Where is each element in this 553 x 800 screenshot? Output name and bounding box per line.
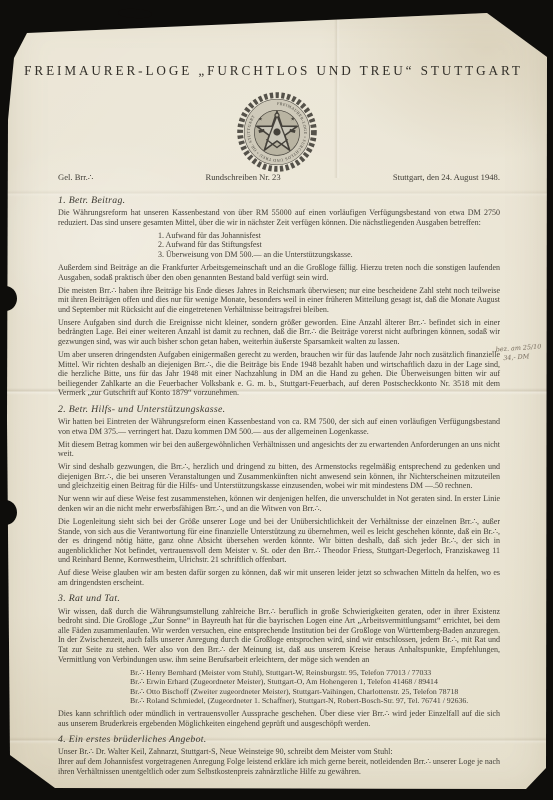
paragraph: Wir hatten bei Eintreten der Währungsref…: [58, 417, 500, 436]
paragraph: Unsere Aufgaben sind durch die Ereigniss…: [58, 318, 500, 347]
seal-sun-icon: [273, 128, 280, 135]
contact-list: Br.∴ Henry Bernhard (Meister vom Stuhl),…: [130, 668, 500, 706]
list-item: 1. Aufwand für das Johannisfest: [158, 231, 500, 241]
contact-line: Br.∴ Henry Bernhard (Meister vom Stuhl),…: [130, 668, 500, 678]
lodge-seal: FREIMAURER-LOGE • FURCHTLOS UND TREU • O…: [236, 91, 318, 173]
paper: FREIMAURER-LOGE „FURCHTLOS UND TREU“ STU…: [0, 0, 553, 800]
seal-star-right-icon: ★: [290, 117, 295, 123]
section-1-heading: 1. Betr. Beitrag.: [58, 196, 500, 206]
edge-notch: [118, 8, 152, 19]
letter-body: 1. Betr. Beitrag. Die Währungsreform hat…: [58, 196, 500, 780]
handwritten-note: bez. am 25/10 34,- DM: [495, 342, 542, 362]
paragraph: Außerdem sind Beiträge an die Frankfurte…: [58, 263, 500, 282]
meta-row: Gel. Brr.∴ Rundschreiben Nr. 23 Stuttgar…: [58, 172, 500, 183]
paragraph: Unser Br.∴ Dr. Walter Keil, Zahnarzt, St…: [58, 747, 500, 757]
paragraph: Dies kann schriftlich oder mündlich in v…: [58, 709, 500, 728]
paragraph: Mit diesem Betrag kommen wir bei den auß…: [58, 440, 500, 459]
paragraph: Nur wenn wir auf diese Weise fest zusamm…: [58, 494, 500, 513]
list-item: 3. Überweisung von DM 500.— an die Unter…: [158, 250, 500, 260]
contact-line: Br.∴ Otto Bischoff (Zweiter zugeordneter…: [130, 687, 500, 697]
paragraph: Die meisten Brr.∴ haben ihre Beiträge bi…: [58, 286, 500, 315]
salutation: Gel. Brr.∴: [58, 172, 93, 183]
place-date: Stuttgart, den 24. August 1948.: [393, 172, 500, 183]
seal-star-left-icon: ★: [258, 117, 263, 123]
quoted-offer: Ihrer auf dem Johannisfest vorgetragenen…: [58, 757, 500, 776]
section-2-heading: 2. Betr. Hilfs- und Unterstützungskasse.: [58, 405, 500, 415]
contribution-list: 1. Aufwand für das Johannisfest 2. Aufwa…: [158, 231, 500, 260]
paragraph: Die Logenleitung sieht sich bei der Größ…: [58, 517, 500, 565]
lodge-title: FREIMAURER-LOGE „FURCHTLOS UND TREU“ STU…: [0, 63, 547, 79]
contact-line: Br.∴ Roland Schmiedel, (Zugeordneter 1. …: [130, 696, 500, 706]
circular-number: Rundschreiben Nr. 23: [205, 172, 280, 183]
photo-background: FREIMAURER-LOGE „FURCHTLOS UND TREU“ STU…: [0, 0, 553, 800]
list-item: 2. Aufwand für das Stiftungsfest: [158, 240, 500, 250]
paragraph: Wir wissen, daß durch die Währungsumstel…: [58, 607, 500, 665]
paragraph: Wir sind deshalb gezwungen, die Brr.∴, h…: [58, 462, 500, 491]
section-4-heading: 4. Ein erstes brüderliches Angebot.: [58, 735, 500, 745]
crease-vertical: [334, 13, 340, 178]
section-3-heading: 3. Rat und Tat.: [58, 594, 500, 604]
paragraph: Um aber unseren dringendsten Aufgaben ei…: [58, 350, 500, 398]
paragraph: Die Währungsreform hat unseren Kassenbes…: [58, 208, 500, 227]
contact-line: Br.∴ Erwin Erhard (Zugeordneter Meister)…: [130, 677, 500, 687]
paragraph: Auf diese Weise glauben wir am besten da…: [58, 568, 500, 587]
